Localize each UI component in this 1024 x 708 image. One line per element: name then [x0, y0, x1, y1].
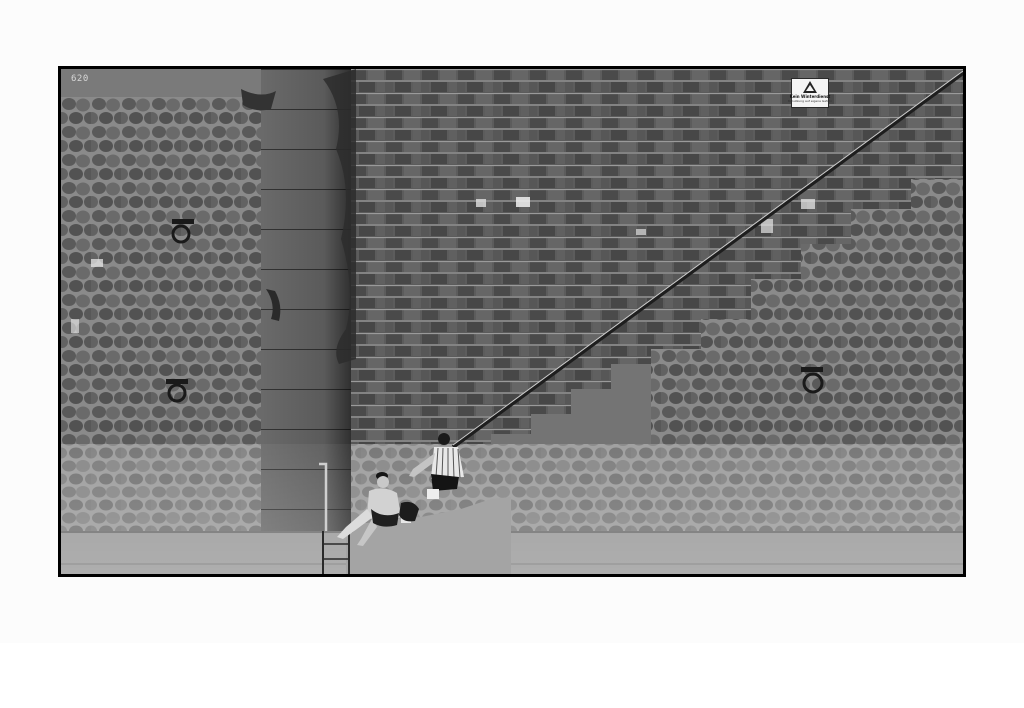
photo-scene [61, 69, 963, 574]
photo-frame: 620 Kein Winterdienst Benutzung auf eige… [58, 66, 966, 577]
wall-marking: 620 [71, 74, 89, 84]
photograph: 620 Kein Winterdienst Benutzung auf eige… [61, 69, 963, 574]
warning-sign: Kein Winterdienst Benutzung auf eigene G… [791, 78, 829, 108]
sign-subtitle: Benutzung auf eigene Gefahr [788, 99, 832, 103]
warning-triangle-icon [803, 81, 817, 93]
